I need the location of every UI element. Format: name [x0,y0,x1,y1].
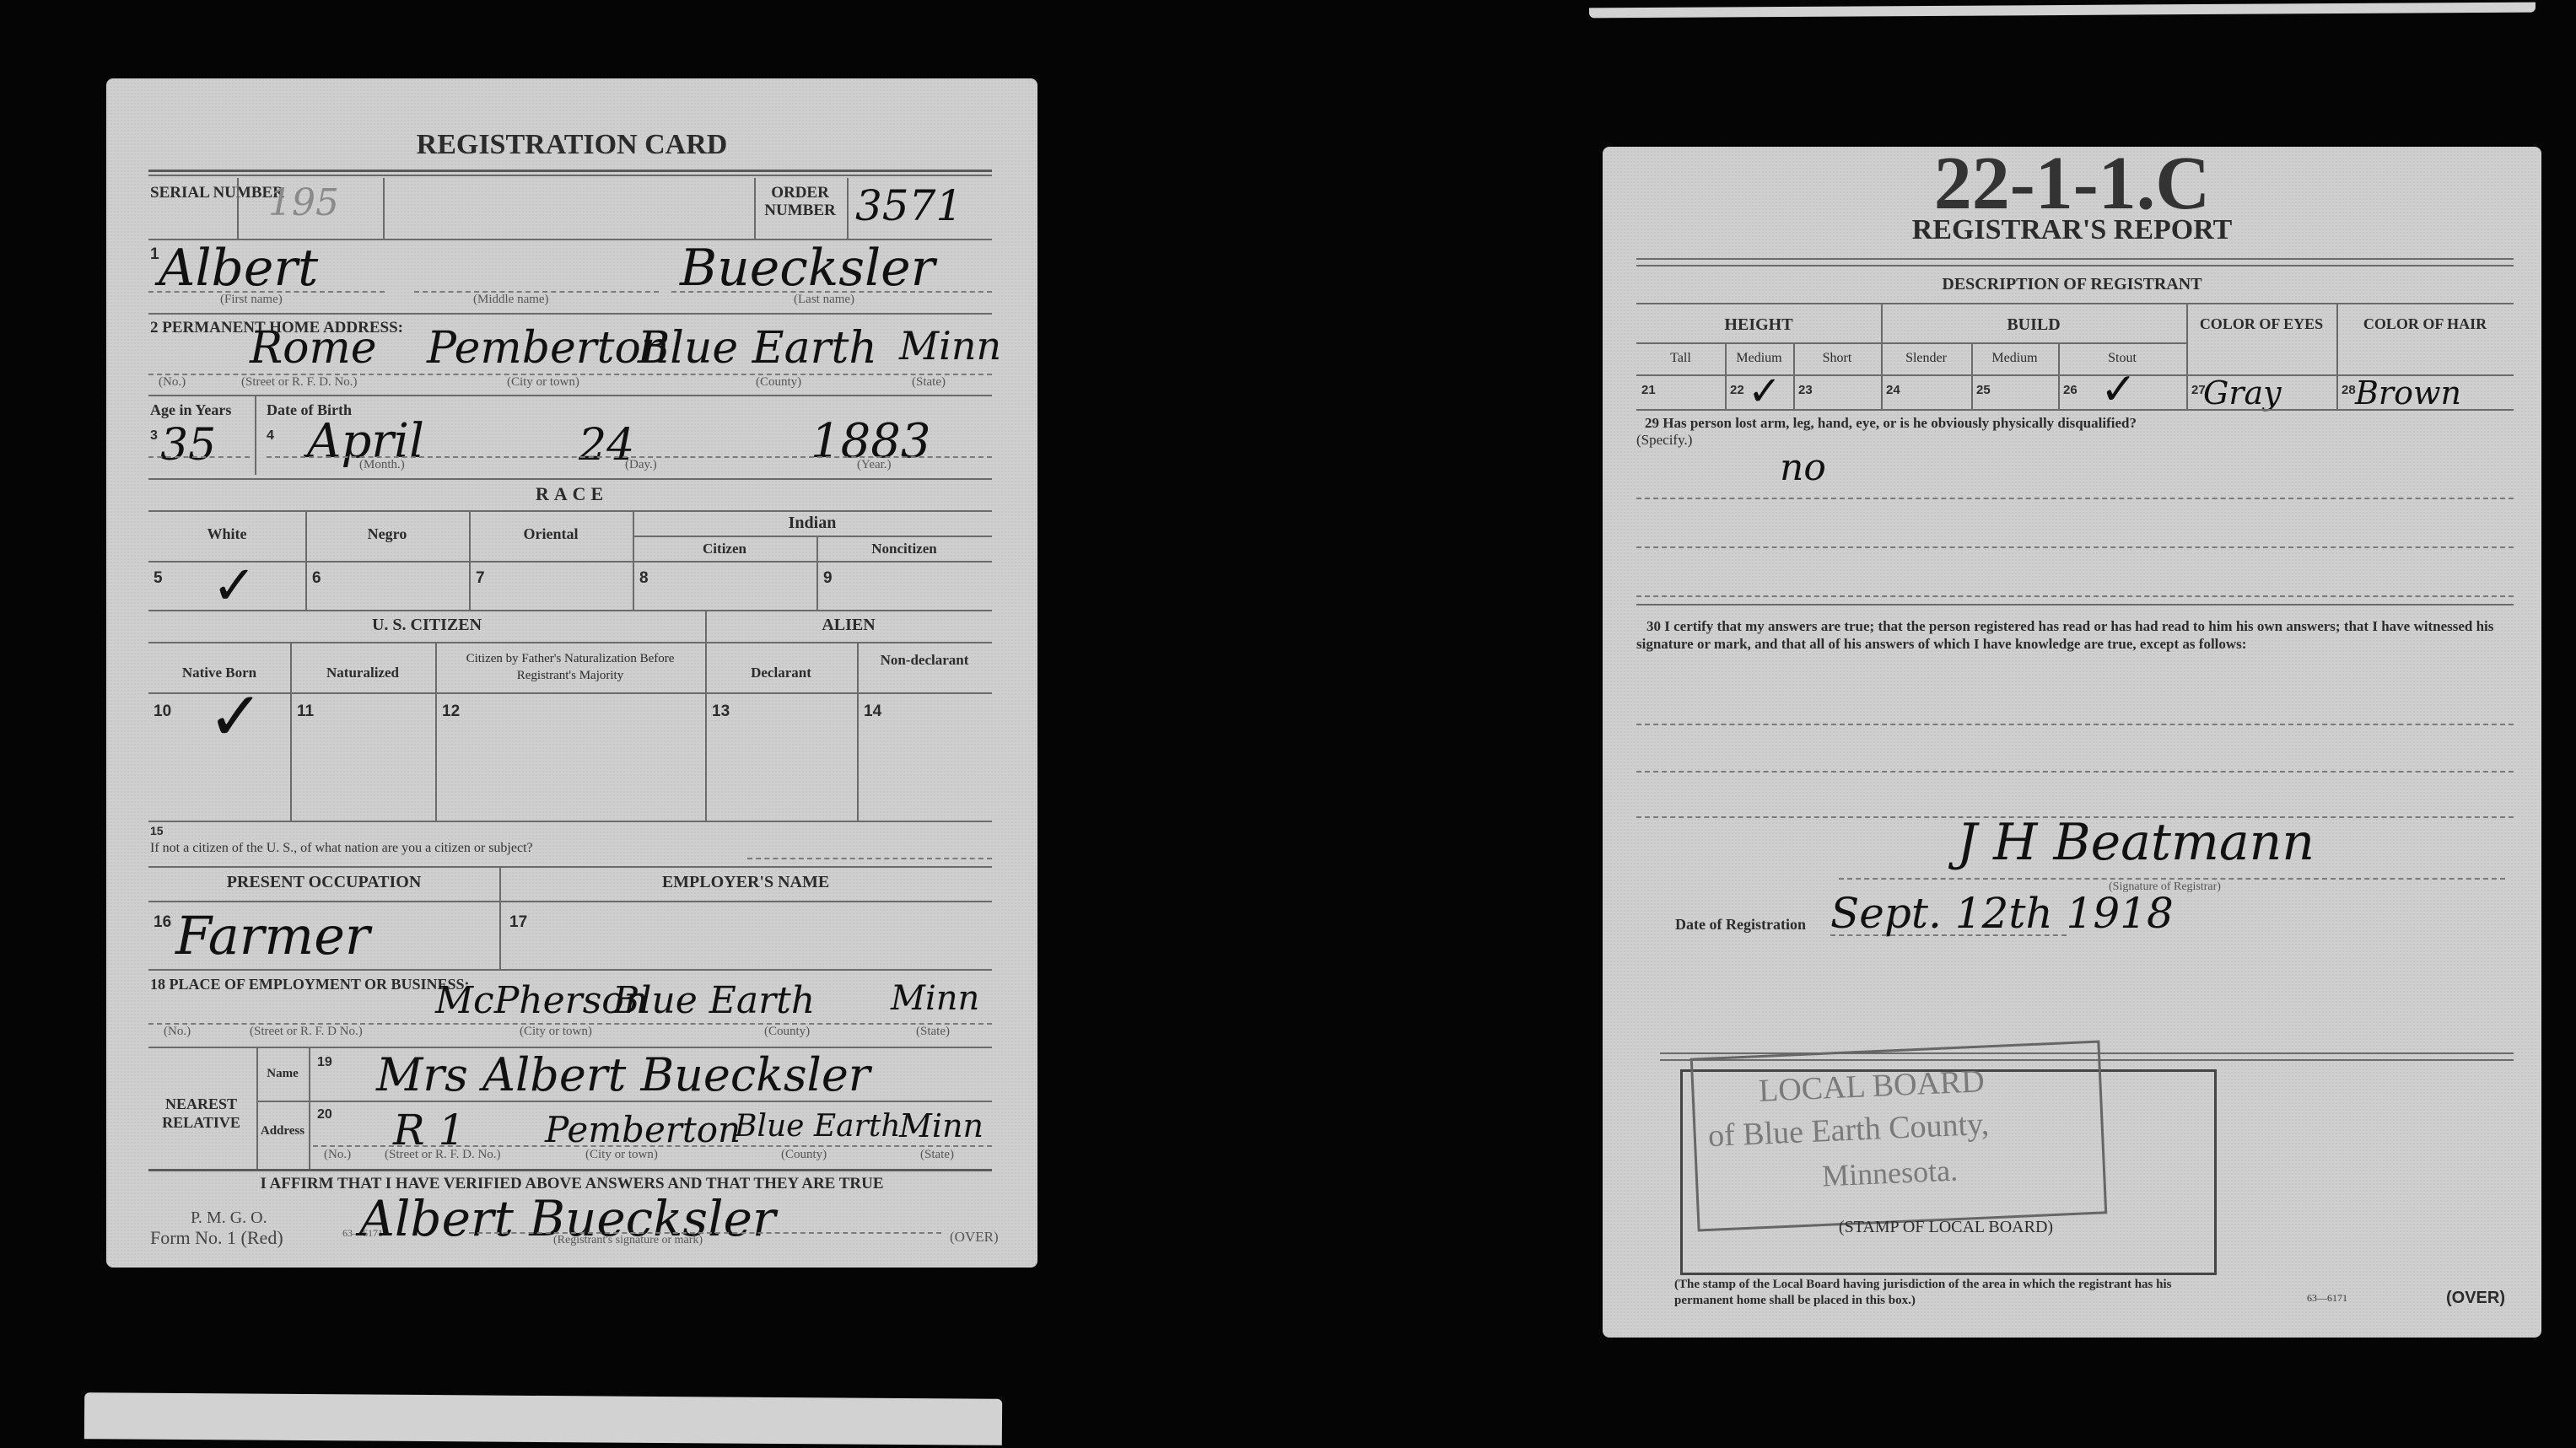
last-name: Buecksler [680,239,935,298]
hair-color: Brown [2355,374,2461,412]
relative-name: Mrs Albert Buecksler [376,1048,870,1101]
registrar-signature: J H Beatmann [1957,813,2315,872]
order-number-label: ORDER NUMBER [760,184,840,219]
adjacent-card-edge-top [1589,3,2536,19]
relative-state: Minn [899,1107,984,1144]
serial-number-label: SERIAL NUMBER [150,184,243,202]
employment-state: Minn [891,979,979,1018]
native-born-check: ✓ [207,677,264,756]
age-value: 35 [160,420,216,471]
build-stout-check: ✓ [2100,364,2137,415]
adjacent-card-edge-bottom [84,1392,1002,1445]
home-county: Blue Earth [638,323,877,374]
home-city: Pemberton [427,323,669,374]
serial-number-value: 195 [268,181,339,224]
eye-color: Gray [2203,374,2282,412]
race-heading: RACE [106,483,1037,505]
relative-county: Blue Earth [735,1109,901,1144]
race-white-check: ✓ [212,555,257,617]
home-street: Rome [250,323,377,374]
occupation-value: Farmer [175,905,370,966]
card-title: REGISTRATION CARD [106,129,1037,161]
home-state: Minn [899,323,1001,369]
first-name: Albert [159,239,318,298]
height-medium-check: ✓ [1748,368,1781,415]
relative-city: Pemberton [545,1109,741,1150]
registration-date: Sept. 12th 1918 [1830,889,2174,938]
order-number-value: 3571 [855,181,962,230]
employment-county: Blue Earth [612,979,815,1022]
report-title: REGISTRAR'S REPORT [1603,214,2541,246]
registration-card-front: REGISTRATION CARD SERIAL NUMBER 195 ORDE… [106,78,1037,1268]
disqualification-answer: no [1780,446,1826,489]
registrars-report-back: 22-1-1.C REGISTRAR'S REPORT DESCRIPTION … [1603,147,2541,1338]
